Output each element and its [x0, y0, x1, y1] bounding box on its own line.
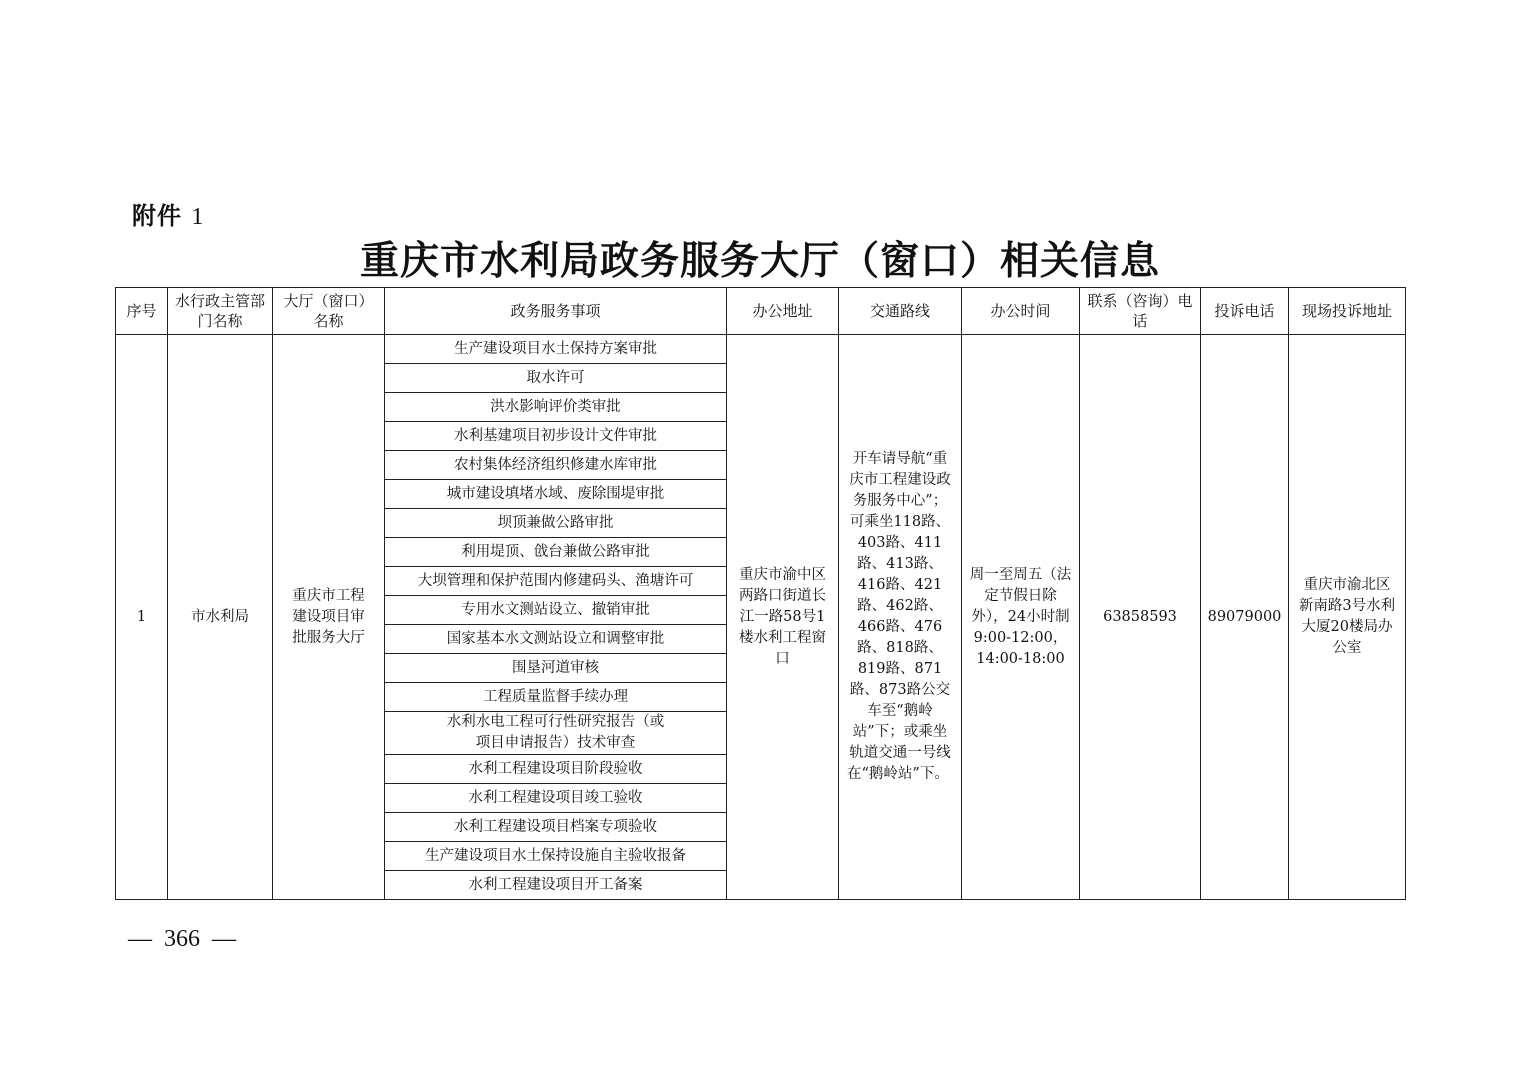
- table-row: 1 市水利局 重庆市工程建设项目审批服务大厅 生产建设项目水土保持方案审批 重庆…: [116, 335, 1406, 364]
- service-item: 城市建设填堵水域、废除围堤审批: [385, 480, 727, 509]
- service-item: 水利工程建设项目阶段验收: [385, 755, 727, 784]
- attachment-label: 附件 1: [132, 196, 204, 231]
- cell-hall: 重庆市工程建设项目审批服务大厅: [273, 335, 385, 900]
- header-services: 政务服务事项: [385, 288, 727, 335]
- service-item: 洪水影响评价类审批: [385, 393, 727, 422]
- hours-afternoon: 14:00-18:00: [968, 649, 1073, 670]
- footer-dash-left: —: [128, 926, 152, 953]
- service-item: 坝顶兼做公路审批: [385, 509, 727, 538]
- service-item: 利用堤顶、戗台兼做公路审批: [385, 538, 727, 567]
- service-item: 国家基本水文测站设立和调整审批: [385, 625, 727, 654]
- header-hall: 大厅（窗口）名称: [273, 288, 385, 335]
- cell-complaint-phone: 89079000: [1201, 335, 1289, 900]
- header-department: 水行政主管部门名称: [168, 288, 273, 335]
- header-hours: 办公时间: [962, 288, 1080, 335]
- table-header-row: 序号 水行政主管部门名称 大厅（窗口）名称 政务服务事项 办公地址 交通路线 办…: [116, 288, 1406, 335]
- cell-contact-phone: 63858593: [1080, 335, 1201, 900]
- cell-complaint-address: 重庆市渝北区新南路3号水利大厦20楼局办公室: [1289, 335, 1406, 900]
- cell-route: 开车请导航“重庆市工程建设政务服务中心”；可乘坐118路、403路、411路、4…: [839, 335, 962, 900]
- header-contact: 联系（咨询）电话: [1080, 288, 1201, 335]
- cell-seq: 1: [116, 335, 168, 900]
- service-item: 围垦河道审核: [385, 654, 727, 683]
- service-item: 专用水文测站设立、撤销审批: [385, 596, 727, 625]
- service-item: 生产建设项目水土保持设施自主验收报备: [385, 842, 727, 871]
- service-item: 水利工程建设项目档案专项验收: [385, 813, 727, 842]
- service-item: 水利工程建设项目开工备案: [385, 871, 727, 900]
- service-item: 取水许可: [385, 364, 727, 393]
- service-item: 水利工程建设项目竣工验收: [385, 784, 727, 813]
- cell-department: 市水利局: [168, 335, 273, 900]
- header-address: 办公地址: [727, 288, 839, 335]
- page-number: 366: [164, 926, 200, 953]
- header-route: 交通路线: [839, 288, 962, 335]
- service-hall-table: 序号 水行政主管部门名称 大厅（窗口）名称 政务服务事项 办公地址 交通路线 办…: [115, 287, 1406, 900]
- attachment-number: 1: [191, 204, 204, 230]
- cell-address: 重庆市渝中区两路口街道长江一路58号1楼水利工程窗口: [727, 335, 839, 900]
- document-title: 重庆市水利局政务服务大厅（窗口）相关信息: [0, 230, 1520, 286]
- footer-dash-right: —: [212, 926, 236, 953]
- hours-days: 周一至周五（法定节假日除外），24小时制: [968, 565, 1073, 628]
- hours-morning: 9:00-12:00，: [968, 628, 1073, 649]
- service-item: 生产建设项目水土保持方案审批: [385, 335, 727, 364]
- service-item: 大坝管理和保护范围内修建码头、渔塘许可: [385, 567, 727, 596]
- page-footer: — 366 —: [128, 926, 236, 953]
- service-item: 水利基建项目初步设计文件审批: [385, 422, 727, 451]
- service-item: 工程质量监督手续办理: [385, 683, 727, 712]
- service-item: 水利水电工程可行性研究报告（或项目申请报告）技术审查: [385, 712, 727, 755]
- cell-hours: 周一至周五（法定节假日除外），24小时制 9:00-12:00， 14:00-1…: [962, 335, 1080, 900]
- service-item: 农村集体经济组织修建水库审批: [385, 451, 727, 480]
- header-complaint-phone: 投诉电话: [1201, 288, 1289, 335]
- header-complaint-address: 现场投诉地址: [1289, 288, 1406, 335]
- attachment-text: 附件: [132, 202, 182, 230]
- header-seq: 序号: [116, 288, 168, 335]
